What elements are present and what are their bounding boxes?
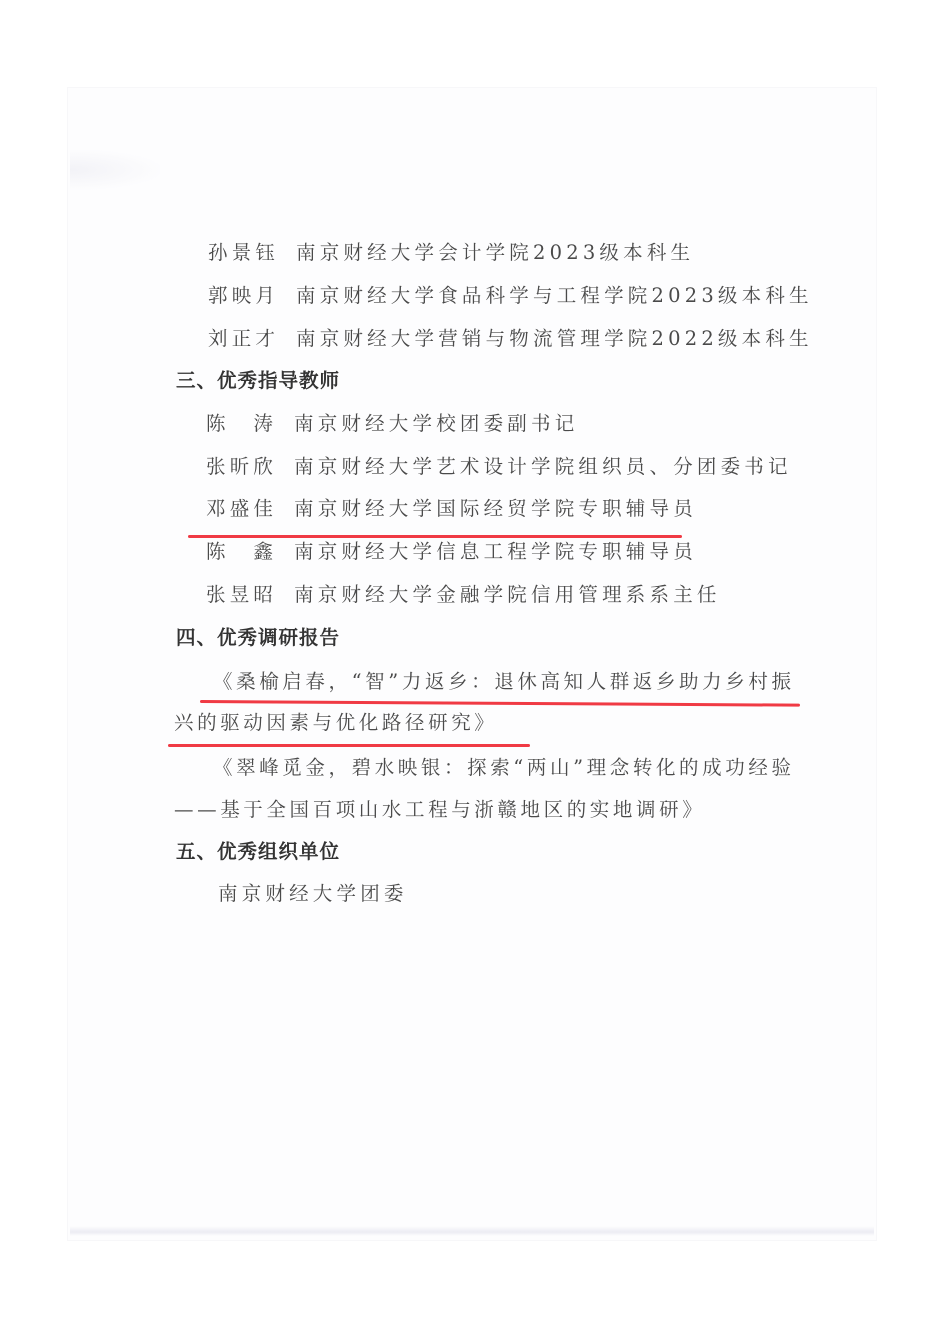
- student-affiliation: 南京财经大学会计学院2023级本科生: [296, 241, 694, 264]
- scan-bottom-edge: [70, 1226, 874, 1236]
- advisor-affiliation: 南京财经大学金融学院信用管理系系主任: [294, 583, 721, 606]
- student-affiliation: 南京财经大学食品科学与工程学院2023级本科生: [296, 284, 813, 307]
- advisor-name: 张昕欣: [206, 457, 294, 477]
- advisor-affiliation: 南京财经大学校团委副书记: [294, 412, 578, 435]
- student-name: 刘正才: [208, 329, 296, 349]
- report-title-line: 《翠峰觅金，碧水映银：探索“两山”理念转化的成功经验: [213, 758, 795, 778]
- advisor-entry-highlighted: 邓盛佳南京财经大学国际经贸学院专职辅导员: [206, 499, 697, 519]
- advisor-entry: 陈 涛南京财经大学校团委副书记: [206, 414, 578, 434]
- report-title-line: 兴的驱动因素与优化路径研究》: [174, 713, 497, 733]
- report-title-line: 《桑榆启春，“智”力返乡：退休高知人群返乡助力乡村振: [213, 672, 795, 692]
- advisor-name: 陈 鑫: [206, 542, 294, 562]
- student-entry: 孙景钰南京财经大学会计学院2023级本科生: [208, 243, 694, 263]
- advisor-affiliation: 南京财经大学信息工程学院专职辅导员: [294, 540, 697, 563]
- student-entry: 郭映月南京财经大学食品科学与工程学院2023级本科生: [208, 286, 813, 306]
- section-heading-advisors: 三、优秀指导教师: [176, 371, 340, 391]
- red-underline: [188, 535, 682, 538]
- advisor-name: 张昱昭: [206, 585, 294, 605]
- advisor-entry: 张昱昭南京财经大学金融学院信用管理系系主任: [206, 585, 721, 605]
- red-underline: [168, 744, 530, 747]
- advisor-entry: 陈 鑫南京财经大学信息工程学院专职辅导员: [206, 542, 697, 562]
- section-heading-organizations: 五、优秀组织单位: [176, 842, 340, 862]
- student-name: 郭映月: [208, 286, 296, 306]
- student-name: 孙景钰: [208, 243, 296, 263]
- advisor-name: 邓盛佳: [206, 499, 294, 519]
- scan-smudge: [70, 150, 160, 190]
- report-title-line: ——基于全国百项山水工程与浙赣地区的实地调研》: [174, 800, 705, 820]
- section-heading-reports: 四、优秀调研报告: [176, 628, 340, 648]
- organization-entry: 南京财经大学团委: [218, 884, 408, 904]
- student-affiliation: 南京财经大学营销与物流管理学院2022级本科生: [296, 327, 813, 350]
- advisor-entry: 张昕欣南京财经大学艺术设计学院组织员、分团委书记: [206, 457, 792, 477]
- advisor-name: 陈 涛: [206, 414, 294, 434]
- student-entry: 刘正才南京财经大学营销与物流管理学院2022级本科生: [208, 329, 813, 349]
- advisor-affiliation: 南京财经大学国际经贸学院专职辅导员: [294, 497, 697, 520]
- advisor-affiliation: 南京财经大学艺术设计学院组织员、分团委书记: [294, 455, 792, 478]
